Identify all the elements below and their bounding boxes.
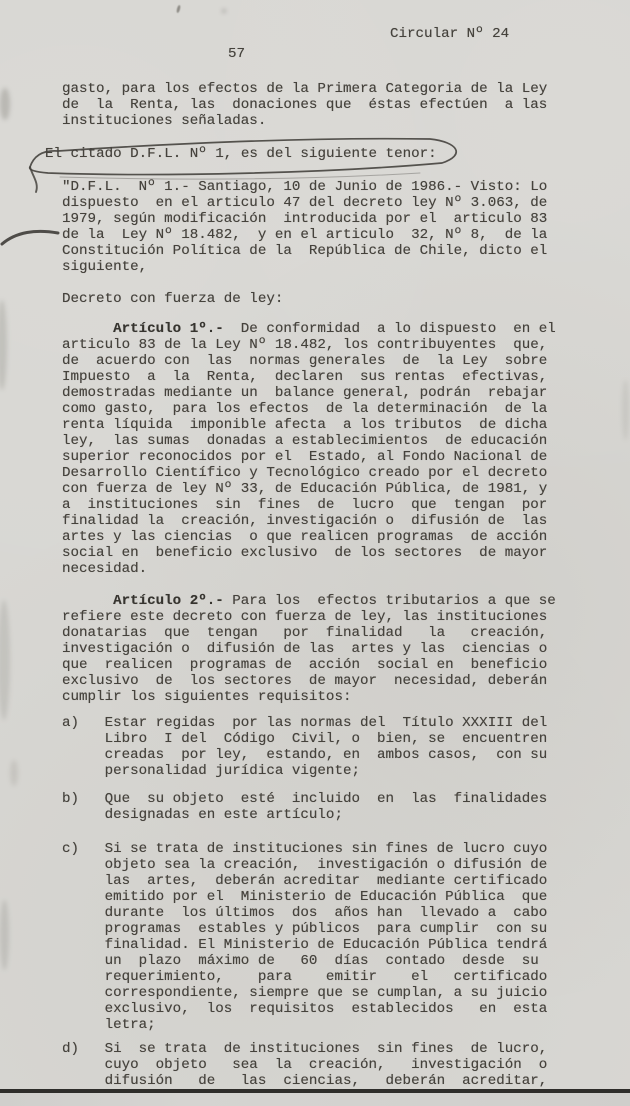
scan-smudge xyxy=(622,380,629,440)
scan-edge-band xyxy=(0,1093,630,1106)
scan-smudge xyxy=(0,900,9,970)
requirement-item-a: a) Estar regidas por las normas del Títu… xyxy=(62,715,547,779)
article-1: Artículo 1º.- De conformidad a lo dispue… xyxy=(62,321,556,577)
scan-smudge xyxy=(10,760,18,786)
article-1-body: De conformidad a lo dispuesto en el arti… xyxy=(62,321,556,577)
scan-smudge xyxy=(0,88,10,120)
intro-paragraph: gasto, para los efectos de la Primera Ca… xyxy=(62,81,547,129)
scan-smudge xyxy=(0,300,7,390)
requirement-item-d: d) Si se trata de instituciones sin fine… xyxy=(62,1041,547,1089)
article-2-title: Artículo 2º.- xyxy=(62,593,224,609)
page-number: 57 xyxy=(228,46,245,62)
scanned-document-page: Circular Nº 24 57 gasto, para los efecto… xyxy=(0,0,630,1106)
circular-number: Circular Nº 24 xyxy=(390,26,509,42)
requirement-item-b: b) Que su objeto esté incluido en las fi… xyxy=(62,791,547,823)
scan-smudge xyxy=(0,600,10,720)
decree-heading: Decreto con fuerza de ley: xyxy=(62,291,283,307)
scan-smudge xyxy=(222,9,226,13)
article-2: Artículo 2º.- Para los efectos tributari… xyxy=(62,593,556,705)
margin-pen-stroke xyxy=(0,224,64,248)
scan-smudge xyxy=(176,5,181,14)
decree-preamble: "D.F.L. Nº 1.- Santiago, 10 de Junio de … xyxy=(62,179,547,275)
article-1-title: Artículo 1º.- xyxy=(62,321,224,337)
article-2-body: Para los efectos tributarios a que se re… xyxy=(62,593,556,705)
requirement-item-c: c) Si se trata de instituciones sin fine… xyxy=(62,841,547,1033)
